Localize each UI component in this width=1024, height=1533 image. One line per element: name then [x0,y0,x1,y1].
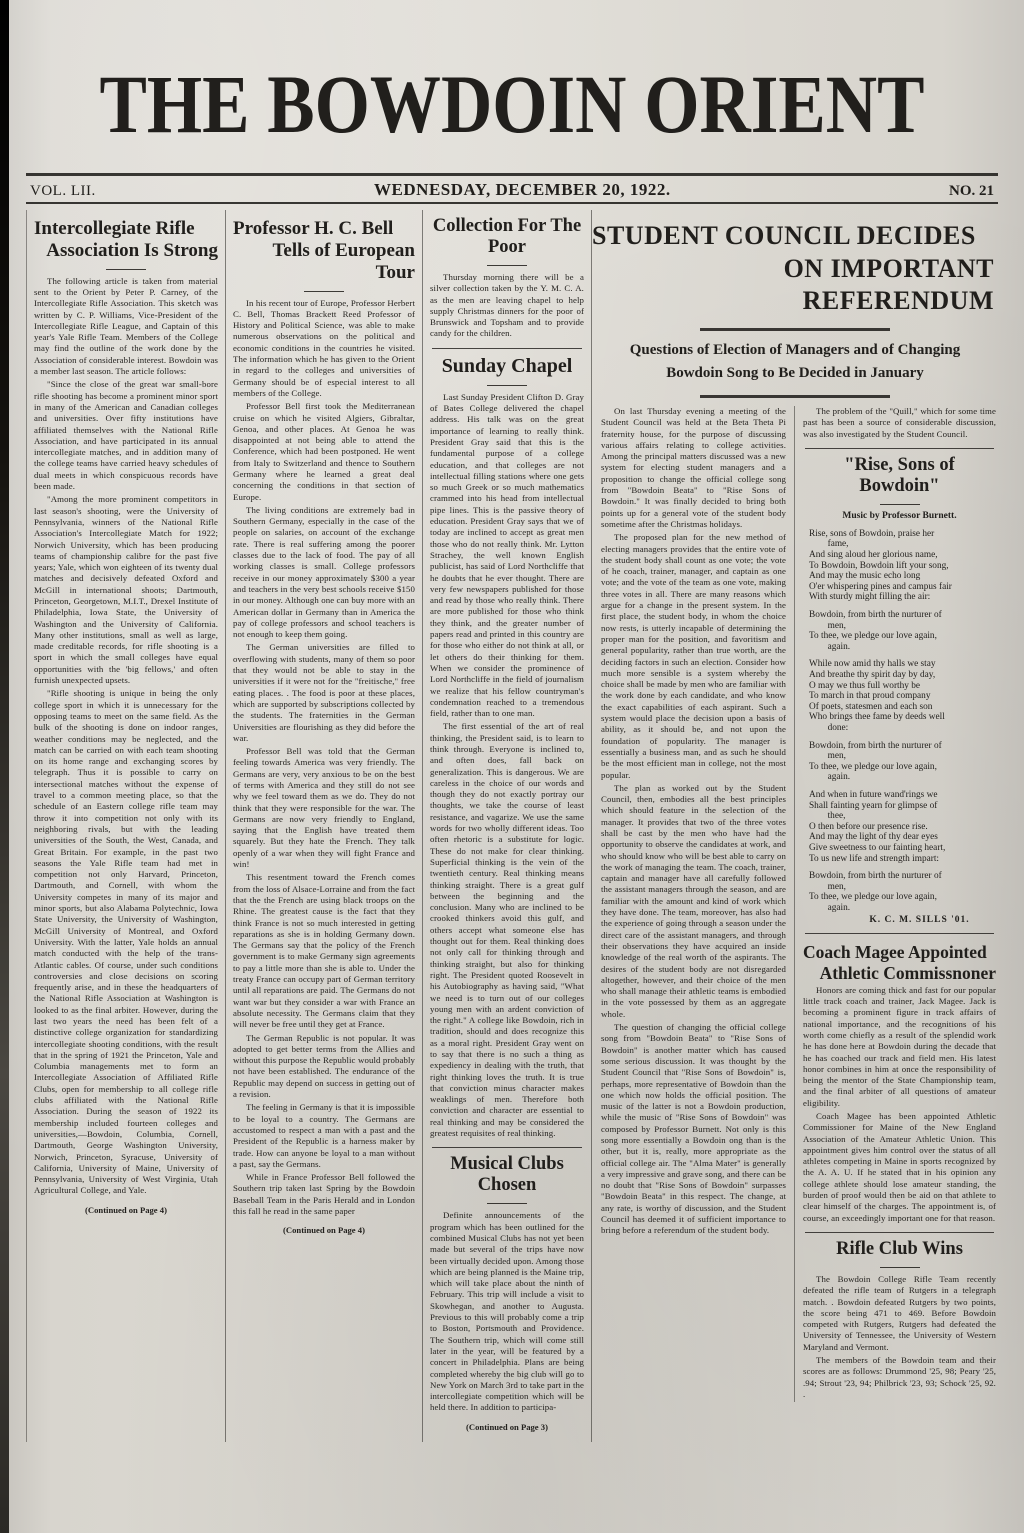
issue-number-label: NO. 21 [949,183,994,200]
title-line: Tells of European Tour [233,240,415,284]
paragraph: Who brings thee fame by deeds well [809,712,996,723]
paragraph [809,783,996,790]
section-divider [487,265,527,266]
section-divider [487,385,527,386]
paragraph: The proposed plan for the new method of … [601,532,786,781]
paragraph: "Since the close of the great war small-… [34,379,218,492]
paragraph: Definite announcements of the program wh… [430,1210,584,1413]
paragraph: This resentment toward the French comes … [233,872,415,1030]
paragraph: The Bowdoin College Rifle Team recently … [803,1274,996,1353]
newspaper-title: THE BOWDOIN ORIENT [49,58,974,153]
headline-divider [700,328,890,331]
paragraph: The question of changing the official co… [601,1022,786,1237]
paragraph: The members of the Bowdoin team and thei… [803,1355,996,1400]
paragraph: In his recent tour of Europe, Professor … [233,298,415,400]
article-title-collection: Collection For The Poor [430,216,584,258]
paragraph: O may we thus full worthy be [809,681,996,692]
article-title-student-council: STUDENT COUNCIL DECIDES ON IMPORTANT REF… [592,220,998,398]
paragraph: "Rifle shooting is unique in being the o… [34,688,218,1196]
paragraph [809,734,996,741]
paragraph: "Among the more prominent competitors in… [34,494,218,686]
paragraph: O'er whispering pines and campus fair [809,582,996,593]
paragraph: With sturdy might filling the air: [809,592,996,603]
headline-subtitle: Questions of Election of Managers and of… [592,339,998,386]
paragraph: To thee, we pledge our love again, [809,892,996,903]
song-lyrics: Rise, sons of Bowdoin, praise her fame,A… [803,529,996,914]
column-rifle-association: Intercollegiate Rifle Association Is Str… [26,210,226,1442]
paragraph: Honors are coming thick and fast for our… [803,985,996,1109]
section-divider [304,291,344,292]
paragraph: The first essential of the art of real t… [430,721,584,1139]
paragraph: The German Republic is not popular. It w… [233,1033,415,1101]
article-title-bell-tour: Professor H. C. Bell Tells of European T… [233,218,415,284]
title-line: Intercollegiate Rifle [34,218,218,240]
article-body-collection: Thursday morning there will be a silver … [430,272,584,340]
student-council-columns: On last Thursday evening a meeting of th… [592,406,998,1402]
page-columns: Intercollegiate Rifle Association Is Str… [26,210,998,1442]
paragraph: And may the light of thy dear eyes [809,832,996,843]
article-body-student-council: On last Thursday evening a meeting of th… [601,406,786,1237]
column-student-council-text: On last Thursday evening a meeting of th… [592,406,795,1402]
paragraph: men, [809,882,996,893]
paragraph: The German universities are filled to ov… [233,642,415,744]
paragraph [809,652,996,659]
column-group-student-council: STUDENT COUNCIL DECIDES ON IMPORTANT REF… [592,210,998,1442]
paragraph: O then before our presence rise. [809,822,996,833]
paragraph: To thee, we pledge our love again, [809,762,996,773]
song-author-signature: K. C. M. SILLS '01. [843,915,996,925]
article-title-coach-magee: Coach Magee Appointed Athletic Commissno… [803,942,996,982]
article-body-bell-tour: In his recent tour of Europe, Professor … [233,298,415,1218]
paragraph: again. [809,903,996,914]
paragraph: Of poets, statesmen and each son [809,702,996,713]
paragraph: Bowdoin, from birth the nurturer of [809,871,996,882]
article-body-coach-magee: Honors are coming thick and fast for our… [803,985,996,1224]
article-body-sunday-chapel: Last Sunday President Clifton D. Gray of… [430,392,584,1140]
article-divider [805,933,994,934]
article-body-rifle-association: The following article is taken from mate… [34,276,218,1197]
article-divider [432,1147,582,1148]
article-divider [805,448,994,449]
article-body-musical-clubs: Definite announcements of the program wh… [430,1210,584,1413]
paragraph: Last Sunday President Clifton D. Gray of… [430,392,584,720]
paragraph: The living conditions are extremely bad … [233,505,415,641]
paragraph: Rise, sons of Bowdoin, praise her [809,529,996,540]
column-bell-tour: Professor H. C. Bell Tells of European T… [226,210,423,1442]
paragraph: again. [809,642,996,653]
article-body-rifle-club-wins: The Bowdoin College Rifle Team recently … [803,1274,996,1400]
paragraph: Thursday morning there will be a silver … [430,272,584,340]
subtitle-line: Questions of Election of Managers and of… [592,339,998,362]
headline-line: ON IMPORTANT REFERENDUM [592,253,998,318]
paragraph: Coach Magee has been appointed Athletic … [803,1111,996,1224]
paragraph: Professor Bell first took the Mediterran… [233,401,415,503]
article-title-musical-clubs: Musical Clubs Chosen [430,1154,584,1196]
paragraph: men, [809,751,996,762]
section-divider [487,1203,527,1204]
paragraph: And sing aloud her glorious name, [809,550,996,561]
article-title-rifle-club-wins: Rifle Club Wins [803,1239,996,1260]
paragraph: Bowdoin, from birth the nurturer of [809,610,996,621]
volume-label: VOL. LII. [30,183,96,200]
column-chapel-news: Collection For The Poor Thursday morning… [423,210,592,1442]
paragraph: The problem of the "Quill," which for so… [803,406,996,440]
paragraph: To Bowdoin, Bowdoin lift your song, [809,561,996,572]
paragraph: The feeling in Germany is that it is imp… [233,1102,415,1170]
paragraph: done: [809,723,996,734]
paragraph: thee, [809,811,996,822]
headline-line: STUDENT COUNCIL DECIDES [592,220,998,253]
masthead-divider [26,173,998,176]
continued-note: (Continued on Page 4) [233,1225,415,1235]
paragraph: While now amid thy halls we stay [809,659,996,670]
paragraph: Professor Bell was told that the German … [233,746,415,870]
subtitle-line: Bowdoin Song to Be Decided in January [592,362,998,385]
masthead: THE BOWDOIN ORIENT [30,0,994,143]
article-title-sunday-chapel: Sunday Chapel [430,355,584,378]
section-divider [106,269,146,270]
continued-note: (Continued on Page 3) [430,1422,584,1432]
article-title-rise-sons-of-bowdoin: "Rise, Sons of Bowdoin" [803,455,996,497]
title-line: Association Is Strong [34,240,218,262]
paragraph: To thee, we pledge our love again, [809,631,996,642]
section-divider [880,504,920,505]
column-song-and-sports: The problem of the "Quill," which for so… [795,406,998,1402]
date-label: WEDNESDAY, DECEMBER 20, 1922. [374,180,671,200]
paragraph: And breathe thy spirit day by day, [809,670,996,681]
paragraph: On last Thursday evening a meeting of th… [601,406,786,530]
paragraph [809,603,996,610]
paragraph: While in France Professor Bell followed … [233,1172,415,1217]
section-divider [880,1267,920,1268]
paragraph: again. [809,772,996,783]
scan-edge-artifact [0,0,9,1533]
music-byline: Music by Professor Burnett. [803,511,996,521]
paragraph: The following article is taken from mate… [34,276,218,378]
paragraph: And when in future wand'rings we [809,790,996,801]
title-line: Coach Magee Appointed [803,942,996,962]
paragraph: Bowdoin, from birth the nurturer of [809,741,996,752]
title-line: Professor H. C. Bell [233,218,415,240]
paragraph: men, [809,621,996,632]
paragraph: fame, [809,539,996,550]
paragraph: To us new life and strength impart: [809,854,996,865]
paragraph: And may the music echo long [809,571,996,582]
paragraph: Shall fainting yearn for glimpse of [809,801,996,812]
paragraph: To march in that proud company [809,691,996,702]
main-headline: STUDENT COUNCIL DECIDES ON IMPORTANT REF… [592,220,998,318]
paragraph: Give sweetness to our fainting heart, [809,843,996,854]
dateline-divider [26,202,998,204]
article-title-rifle-association: Intercollegiate Rifle Association Is Str… [34,218,218,262]
continued-note: (Continued on Page 4) [34,1205,218,1215]
title-line: Athletic Commissnoner [803,963,996,983]
dateline: VOL. LII. WEDNESDAY, DECEMBER 20, 1922. … [30,180,994,200]
newspaper-page: THE BOWDOIN ORIENT VOL. LII. WEDNESDAY, … [0,0,1024,1533]
subtitle-divider [700,395,890,398]
article-divider [805,1232,994,1233]
article-divider [432,348,582,349]
paragraph: The plan as worked out by the Student Co… [601,783,786,1020]
